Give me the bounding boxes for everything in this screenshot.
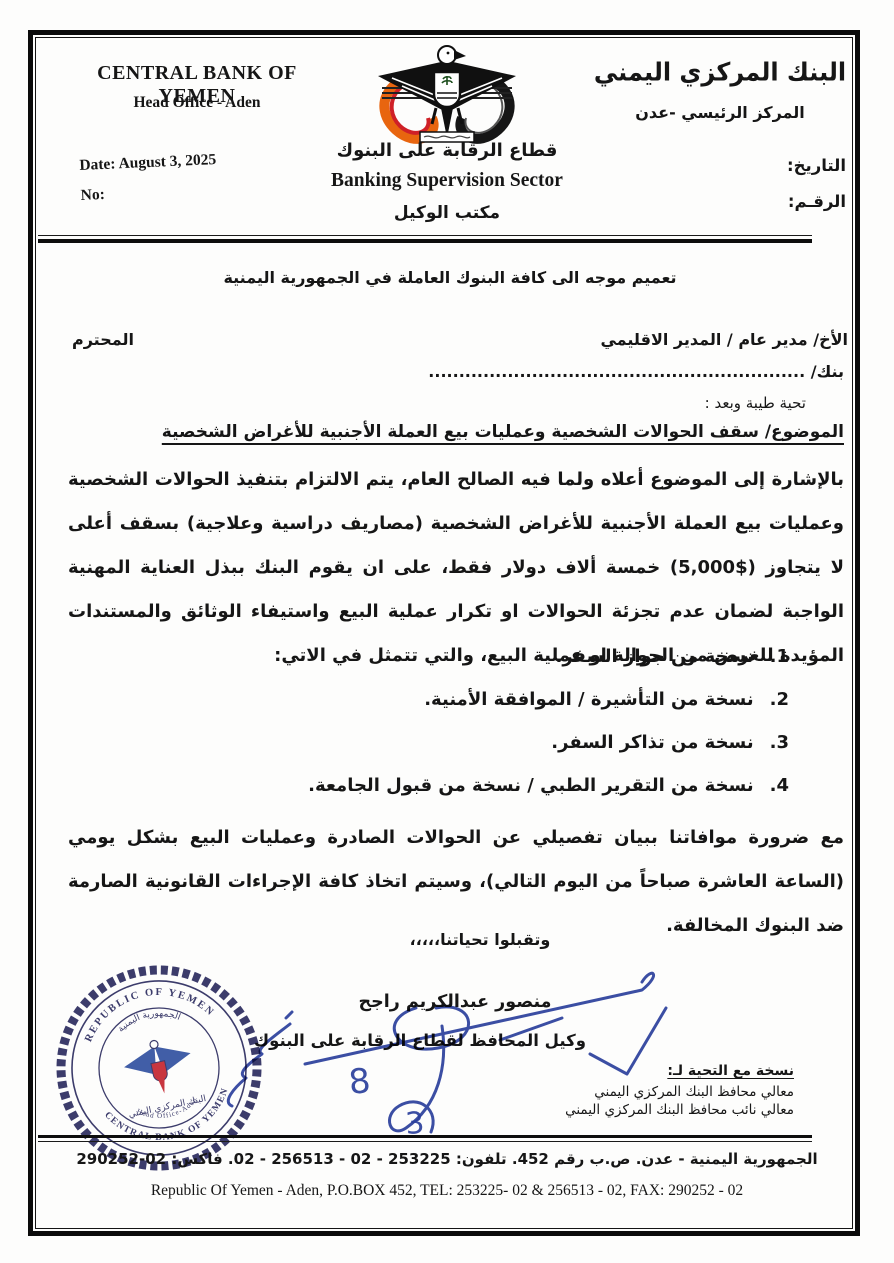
handwritten-signature: 8 3 (190, 958, 680, 1153)
cc-item: معالي نائب محافظ البنك المركزي اليمني (565, 1101, 794, 1119)
requirements-list: 1. نسخة من جواز السفر. 2. نسخة من التأشي… (99, 646, 789, 818)
list-item: 3. نسخة من تذاكر السفر. (99, 732, 789, 775)
list-item-text: نسخة من جواز السفر. (555, 646, 753, 667)
bank-line: بنك/ ...................................… (428, 362, 844, 381)
addressee-row: الأخ/ مدير عام / المدير الاقليمي المحترم (72, 330, 848, 349)
closing-salutation: وتقبلوا تحياتنا،،،،، (320, 930, 640, 949)
list-item-number: 2. (770, 689, 789, 710)
addressee: الأخ/ مدير عام / المدير الاقليمي (600, 330, 848, 349)
list-item-text: نسخة من تذاكر السفر. (551, 732, 753, 753)
date-label-arabic: التاريخ: (787, 148, 846, 184)
greeting: تحية طيبة وبعد : (705, 394, 806, 412)
date-number-block-arabic: التاريخ: الرقـم: (787, 148, 846, 220)
sector-name-arabic: قطاع الرقابة على البنوك (287, 140, 607, 161)
header-divider (38, 235, 812, 243)
head-office-arabic: المركز الرئيسي -عدن (600, 103, 840, 122)
date-number-block: Date: August 3, 2025 No: (79, 145, 218, 211)
bank-dots: ........................................… (428, 362, 805, 381)
list-item: 1. نسخة من جواز السفر. (99, 646, 789, 689)
cc-block: نسخة مع التحية لـ: معالي محافظ البنك الم… (565, 1062, 794, 1119)
footer-address-arabic: الجمهورية اليمنية - عدن. ص.ب رقم 452. تل… (60, 1150, 834, 1168)
number-label-arabic: الرقـم: (787, 184, 846, 220)
honorific: المحترم (72, 330, 134, 349)
body-paragraph-2: مع ضرورة موافاتنا ببيان تفصيلي عن الحوال… (68, 816, 844, 948)
list-item-text: نسخة من التقرير الطبي / نسخة من قبول الج… (308, 775, 753, 796)
circular-title: تعميم موجه الى كافة البنوك العاملة في ال… (130, 268, 770, 287)
svg-text:8: 8 (347, 1061, 373, 1103)
list-item-number: 3. (770, 732, 789, 753)
head-office-english: Head Office - Aden (62, 94, 332, 112)
list-item-text: نسخة من التأشيرة / الموافقة الأمنية. (424, 689, 753, 710)
cc-heading: نسخة مع التحية لـ: (565, 1062, 794, 1080)
footer-divider (38, 1135, 812, 1142)
scanned-letter-page: CENTRAL BANK OF YEMEN Head Office - Aden… (0, 0, 894, 1263)
list-item-number: 1. (770, 646, 789, 667)
deputy-office-arabic: مكتب الوكيل (287, 203, 607, 223)
bank-label: بنك/ (811, 362, 844, 381)
bank-name-arabic: البنك المركزي اليمني (590, 57, 850, 86)
body-paragraph-1: بالإشارة إلى الموضوع أعلاه ولما فيه الصا… (68, 458, 844, 678)
list-item: 2. نسخة من التأشيرة / الموافقة الأمنية. (99, 689, 789, 732)
list-item-number: 4. (770, 775, 789, 796)
list-item: 4. نسخة من التقرير الطبي / نسخة من قبول … (99, 775, 789, 818)
number-line: No: (80, 175, 218, 211)
footer-address-english: Republic Of Yemen - Aden, P.O.BOX 452, T… (60, 1182, 834, 1200)
cc-item: معالي محافظ البنك المركزي اليمني (565, 1083, 794, 1101)
yemen-emblem-icon (362, 36, 532, 148)
subject-line: الموضوع/ سقف الحوالات الشخصية وعمليات بي… (76, 418, 844, 446)
date-line: Date: August 3, 2025 (79, 145, 217, 181)
sector-name-english: Banking Supervision Sector (257, 170, 637, 192)
